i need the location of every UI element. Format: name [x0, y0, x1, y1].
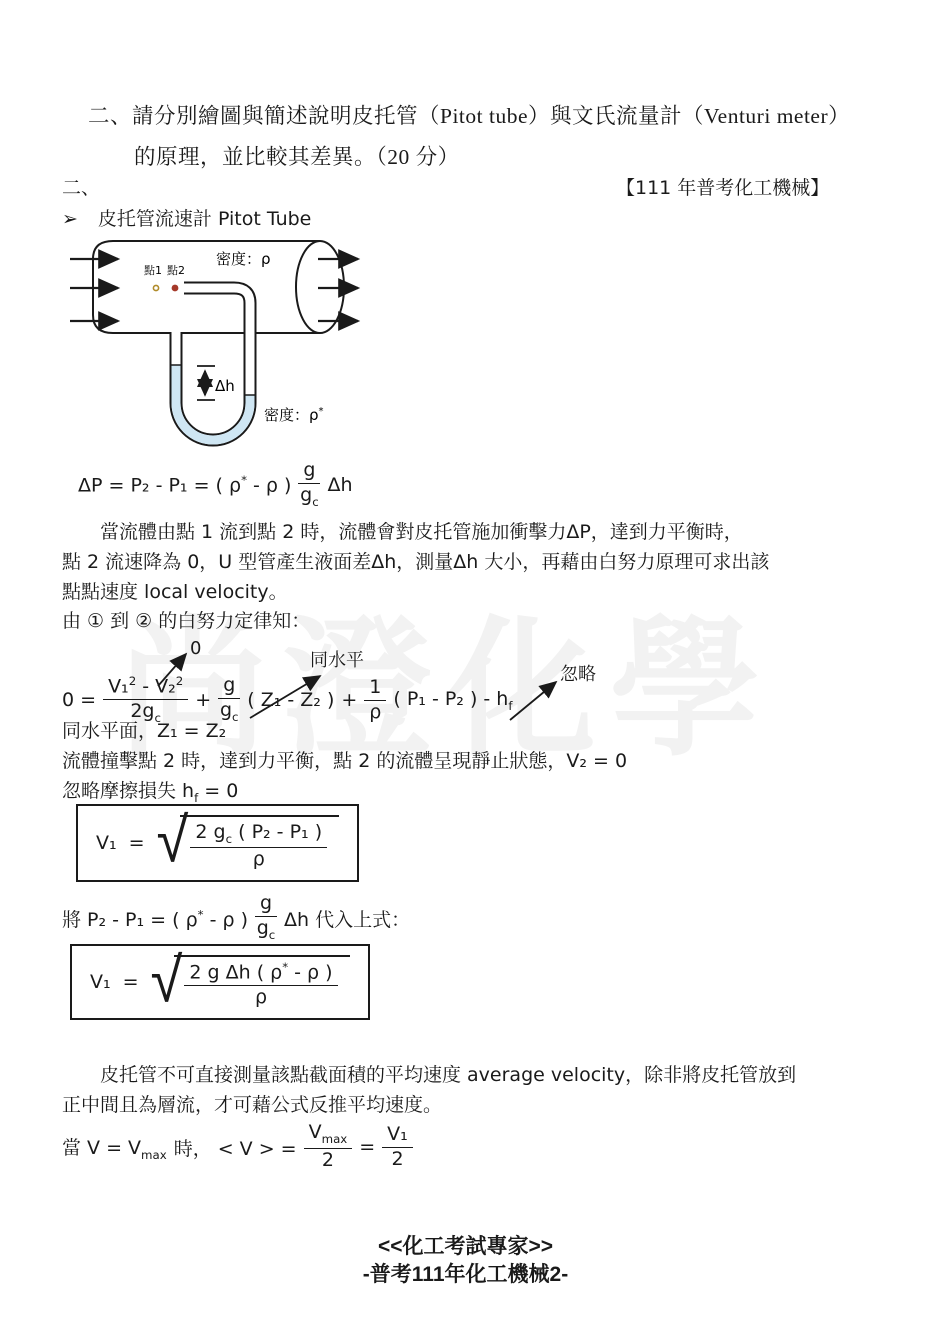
- g-gc-fraction-3: g gc: [255, 893, 277, 942]
- point1-label: 點1: [144, 263, 162, 277]
- question-line-2: 的原理，並比較其差異。（20 分）: [134, 140, 460, 171]
- pitot-tube-diagram: 密度：ρ 點1 點2 Δh 密度：ρ*: [68, 233, 468, 458]
- vmax-over-2: Vmax 2: [304, 1122, 353, 1171]
- para2-line2: 正中間且為層流，才可藉公式反推平均速度。: [62, 1090, 442, 1120]
- para2-line1: 皮托管不可直接測量該點截面積的平均速度 average velocity，除非將…: [62, 1060, 796, 1090]
- manometer-density-star: *: [319, 406, 324, 417]
- para1-line1: 當流體由點 1 流到點 2 時，流體會對皮托管施加衝擊力ΔP，達到力平衡時，: [62, 517, 743, 547]
- v1-over-2: V₁ 2: [382, 1124, 413, 1171]
- question-line-1: 二、請分別繪圖與簡述說明皮托管（Pitot tube）與文氏流量計（Ventur…: [88, 99, 850, 130]
- delta-p-equation: ΔP = P₂ - P₁ = ( ρ* - ρ ) g gc Δh: [78, 460, 353, 510]
- same-level-line: 同水平面，Z₁ = Z₂: [62, 716, 226, 746]
- para1-line2: 點 2 流速降為 0，U 型管產生液面差Δh，測量Δh 大小，再藉由白努力原理可…: [62, 547, 769, 577]
- v1-symbol: V₁: [96, 832, 117, 854]
- zero-annotation: 0: [190, 638, 201, 659]
- bernoulli-lhs: 0 =: [62, 689, 96, 711]
- document-page: 尚澄化學 二、請分別繪圖與簡述說明皮托管（Pitot tube）與文氏流量計（V…: [0, 0, 931, 1324]
- footer-page-label: -普考111年化工機械2-: [0, 1258, 931, 1288]
- avg-pre: 當 V = Vmax: [62, 1133, 167, 1162]
- sqrt-expression-1: √ 2 gc ( P₂ - P₁ ) ρ: [157, 815, 340, 871]
- point1-dot: [153, 285, 158, 290]
- manometer-density-label: 密度：ρ*: [264, 406, 324, 424]
- point2-label: 點2: [167, 263, 185, 277]
- subst-tail: Δh 代入上式：: [284, 905, 410, 932]
- neglect-annotation: 忽略: [560, 660, 596, 686]
- equals-sign-2: =: [123, 971, 139, 993]
- v1-symbol-2: V₁: [90, 971, 111, 993]
- answer-number: 二、: [62, 173, 100, 203]
- para1-line4: 由 ① 到 ② 的白努力定律知：: [62, 606, 310, 636]
- radical-sign: √: [157, 813, 189, 868]
- para1-line3: 點點速度 local velocity。: [62, 577, 288, 607]
- dh-arrow: [197, 366, 215, 400]
- formula-box-2: V₁ = √ 2 g Δh ( ρ* - ρ ) ρ: [70, 944, 370, 1020]
- footer-brand: <<化工考試專家>>: [0, 1230, 931, 1260]
- point2-dot: [172, 285, 179, 292]
- plus-sign: +: [195, 689, 211, 711]
- formula-box-1: V₁ = √ 2 gc ( P₂ - P₁ ) ρ: [76, 804, 359, 882]
- eq-dp-dh: Δh: [327, 474, 352, 496]
- eq-dp-lhs: ΔP = P₂ - P₁ = ( ρ* - ρ ): [78, 473, 291, 496]
- pressure-terms: ( P₁ - P₂ ) - hf: [393, 688, 512, 713]
- avg-mid: 時， < V > =: [174, 1134, 297, 1161]
- equals-sign-3: =: [359, 1136, 375, 1158]
- elevation-terms: ( Z₁ - Z₂ ): [247, 689, 334, 711]
- arrow-to-neglect: [510, 682, 556, 720]
- subst-lhs: 將 P₂ - P₁ = ( ρ* - ρ ): [62, 905, 248, 932]
- plus-sign-2: +: [341, 689, 357, 711]
- one-over-rho-fraction: 1 ρ: [364, 677, 386, 724]
- equals-sign: =: [129, 832, 145, 854]
- dh-label: Δh: [215, 377, 235, 395]
- average-velocity-line: 當 V = Vmax 時， < V > = Vmax 2 = V₁ 2: [62, 1120, 413, 1174]
- manometer-fluid: [176, 365, 250, 440]
- sqrt-expression-2: √ 2 g Δh ( ρ* - ρ ) ρ: [151, 955, 350, 1009]
- substitution-line: 將 P₂ - P₁ = ( ρ* - ρ ) g gc Δh 代入上式：: [62, 892, 410, 944]
- section-title: 皮托管流速計 Pitot Tube: [98, 204, 311, 234]
- impact-line: 流體撞擊點 2 時，達到力平衡，點 2 的流體呈現靜止狀態，V₂ = 0: [62, 746, 627, 776]
- pipe-density-label: 密度：ρ: [216, 250, 271, 268]
- arrow-bullet-icon: ➢: [62, 204, 78, 234]
- radical-sign-2: √: [151, 953, 183, 1008]
- exam-tag: 【111 年普考化工機械】: [616, 173, 829, 203]
- g-gc-fraction: g gc: [298, 460, 320, 509]
